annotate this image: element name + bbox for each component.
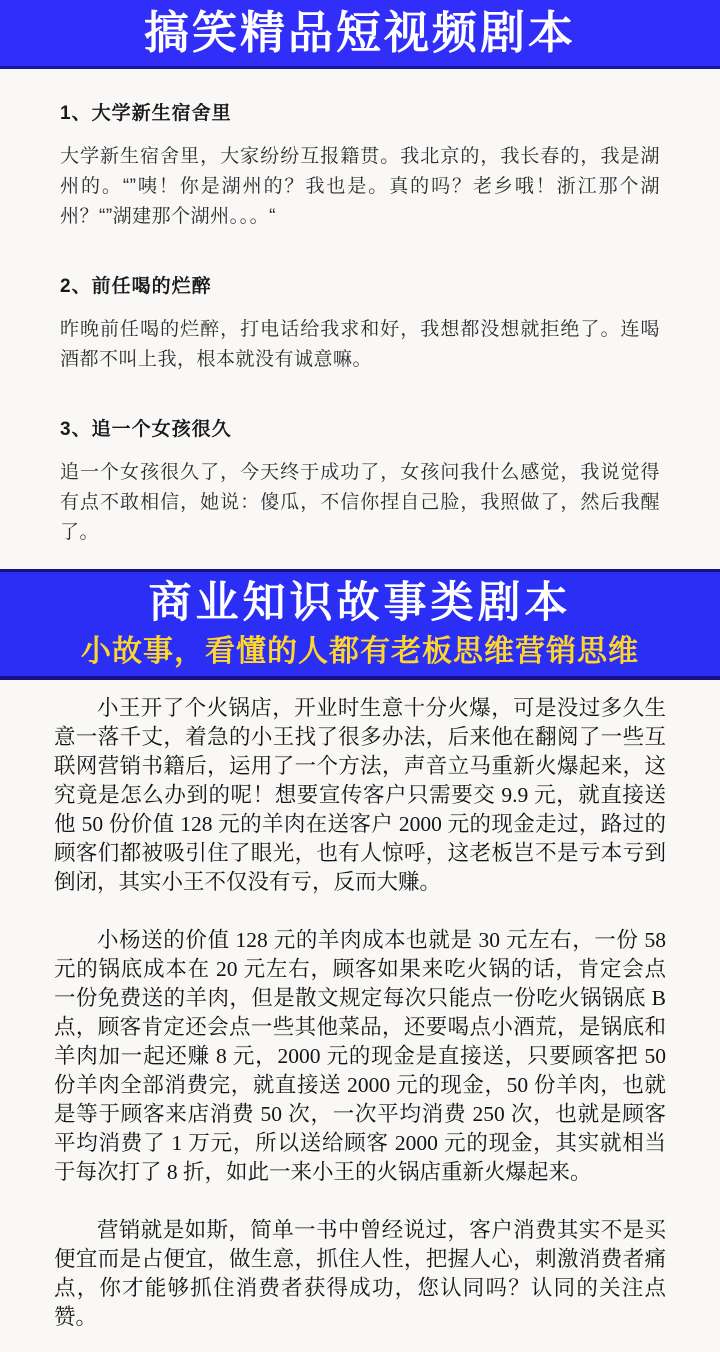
business-story-section: 小王开了个火锅店，开业时生意十分火爆，可是没过多久生意一落千丈，着急的小王找了很… xyxy=(0,680,720,1352)
script-item-heading: 2、前任喝的烂醉 xyxy=(60,271,660,298)
banner-title: 商业知识故事类剧本 xyxy=(149,575,572,631)
script-flyer-page: 搞笑精品短视频剧本 1、大学新生宿舍里 大学新生宿舍里，大家纷纷互报籍贯。我北京… xyxy=(0,0,720,1352)
script-item-body: 大学新生宿舍里，大家纷纷互报籍贯。我北京的，我长春的，我是湖州的。“”咦！你是湖… xyxy=(60,142,660,232)
script-item-heading: 1、大学新生宿舍里 xyxy=(60,98,660,125)
script-item-body: 昨晚前任喝的烂醉，打电话给我求和好，我想都没想就拒绝了。连喝酒都不叫上我，根本就… xyxy=(60,315,660,375)
script-item: 1、大学新生宿舍里 大学新生宿舍里，大家纷纷互报籍贯。我北京的，我长春的，我是湖… xyxy=(60,98,660,232)
story-paragraph: 小王开了个火锅店，开业时生意十分火爆，可是没过多久生意一落千丈，着急的小王找了很… xyxy=(54,694,666,897)
script-item-heading: 3、追一个女孩很久 xyxy=(60,414,660,441)
page-title: 搞笑精品短视频剧本 xyxy=(144,0,576,66)
story-paragraph: 小杨送的价值 128 元的羊肉成本也就是 30 元左右，一份 58 元的锅底成本… xyxy=(54,926,666,1187)
banner-subtitle: 小故事，看懂的人都有老板思维营销思维 xyxy=(81,631,639,673)
script-item: 3、追一个女孩很久 追一个女孩很久了，今天终于成功了，女孩问我什么感觉，我说觉得… xyxy=(60,414,660,548)
script-item: 2、前任喝的烂醉 昨晚前任喝的烂醉，打电话给我求和好，我想都没想就拒绝了。连喝酒… xyxy=(60,271,660,375)
funny-scripts-header-banner: 搞笑精品短视频剧本 xyxy=(0,0,720,69)
funny-scripts-section: 1、大学新生宿舍里 大学新生宿舍里，大家纷纷互报籍贯。我北京的，我长春的，我是湖… xyxy=(0,69,720,548)
script-item-body: 追一个女孩很久了，今天终于成功了，女孩问我什么感觉，我说觉得有点不敢相信，她说：… xyxy=(60,458,660,548)
business-story-banner: 商业知识故事类剧本 小故事，看懂的人都有老板思维营销思维 xyxy=(0,569,720,680)
story-paragraph: 营销就是如斯，简单一书中曾经说过，客户消费其实不是买便宜而是占便宜，做生意，抓住… xyxy=(54,1216,666,1332)
